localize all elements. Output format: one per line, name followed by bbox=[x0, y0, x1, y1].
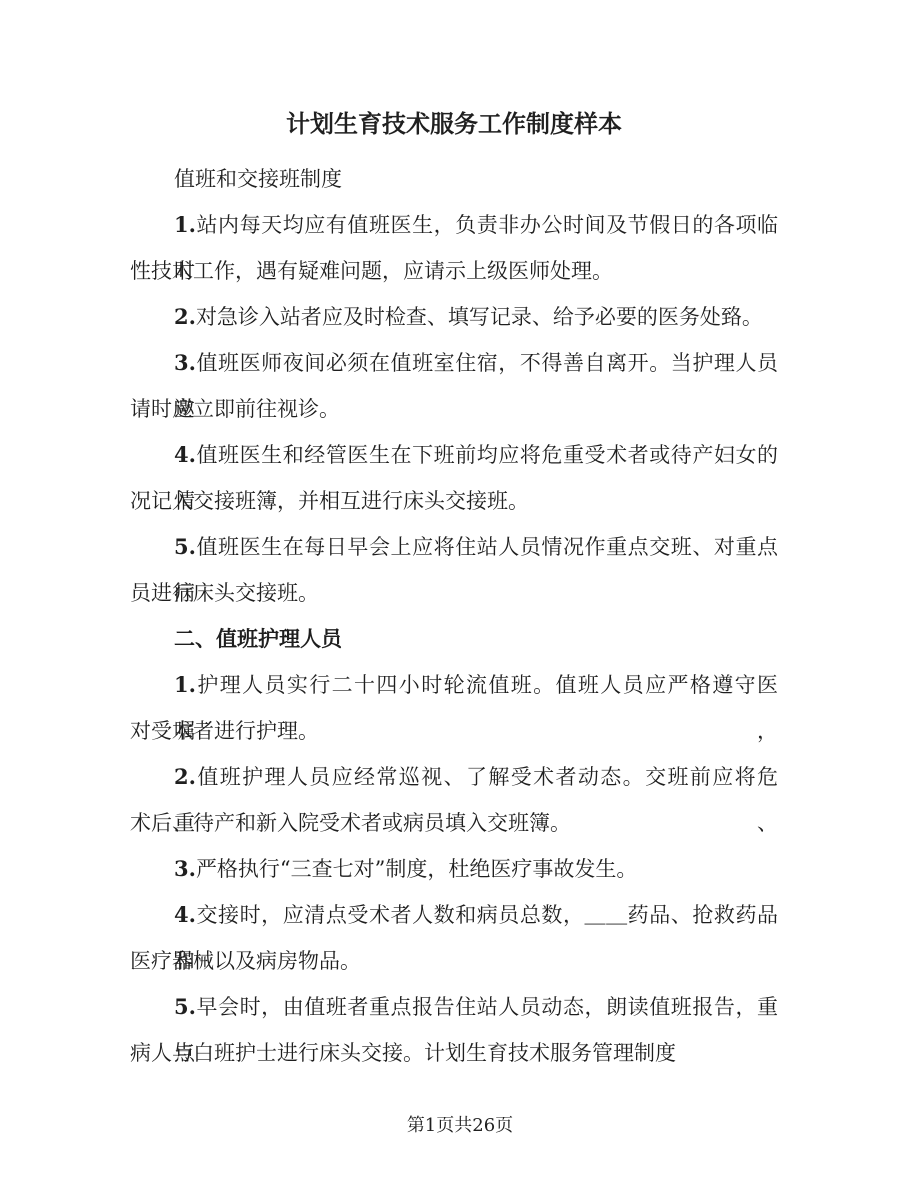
text-line: 况记入交接班簿，并相互进行床头交接班。 bbox=[130, 478, 778, 524]
text-line: 2.对急诊入站者应及时检查、填写记录、给予必要的医务处臵。 bbox=[130, 294, 778, 340]
paragraph: 5.值班医生在每日早会上应将住站人员情况作重点交班、对重点病员进行床头交接班。 bbox=[130, 524, 778, 616]
page-footer: 第1页共26页 bbox=[0, 1114, 920, 1138]
paragraph-number: 3. bbox=[174, 350, 196, 375]
paragraph: 2.值班护理人员应经常巡视、了解受术者动态。交班前应将危重、术后、待产和新入院受… bbox=[130, 754, 778, 846]
paragraph: 4.值班医生和经管医生在下班前均应将危重受术者或待产妇女的情况记入交接班簿，并相… bbox=[130, 432, 778, 524]
paragraph-number: 5. bbox=[174, 534, 196, 559]
paragraph-number: 1. bbox=[174, 672, 196, 697]
paragraph-number: 5. bbox=[174, 994, 196, 1019]
text-line: 3.严格执行“三查七对”制度，杜绝医疗事故发生。 bbox=[130, 846, 778, 892]
text-line: 1.护理人员实行二十四小时轮流值班。值班人员应严格遵守医嘱， bbox=[130, 662, 778, 708]
paragraph-number: 2. bbox=[174, 304, 196, 329]
paragraph: 二、值班护理人员 bbox=[130, 616, 778, 662]
text-line: 2.值班护理人员应经常巡视、了解受术者动态。交班前应将危重、 bbox=[130, 754, 778, 800]
paragraph: 1.站内每天均应有值班医生，负责非办公时间及节假日的各项临时性技术工作，遇有疑难… bbox=[130, 202, 778, 294]
text-line: 病人与白班护士进行床头交接。计划生育技术服务管理制度 bbox=[130, 1030, 778, 1076]
text-line: 员进行床头交接班。 bbox=[130, 570, 778, 616]
paragraph: 2.对急诊入站者应及时检查、填写记录、给予必要的医务处臵。 bbox=[130, 294, 778, 340]
paragraph-number: 2. bbox=[174, 764, 196, 789]
paragraph: 3.值班医师夜间必须在值班室住宿，不得善自离开。当护理人员邀请时应立即前往视诊。 bbox=[130, 340, 778, 432]
text-line: 4.值班医生和经管医生在下班前均应将危重受术者或待产妇女的情 bbox=[130, 432, 778, 478]
text-line: 请时应立即前往视诊。 bbox=[130, 386, 778, 432]
paragraph: 5.早会时，由值班者重点报告住站人员动态，朗读值班报告，重点病人与白班护士进行床… bbox=[130, 984, 778, 1076]
paragraph-number: 4. bbox=[174, 442, 196, 467]
text-line: 4.交接时，应清点受术者人数和病员总数，＿＿药品、抢救药品和 bbox=[130, 892, 778, 938]
document-page: 计划生育技术服务工作制度样本 值班和交接班制度1.站内每天均应有值班医生，负责非… bbox=[0, 0, 920, 1191]
text-line: 5.早会时，由值班者重点报告住站人员动态，朗读值班报告，重点 bbox=[130, 984, 778, 1030]
paragraph-number: 3. bbox=[174, 856, 196, 881]
paragraph-number: 4. bbox=[174, 902, 196, 927]
text-line: 二、值班护理人员 bbox=[130, 616, 778, 662]
text-line: 医疗器械以及病房物品。 bbox=[130, 938, 778, 984]
text-line: 值班和交接班制度 bbox=[130, 156, 778, 202]
text-line: 1.站内每天均应有值班医生，负责非办公时间及节假日的各项临时 bbox=[130, 202, 778, 248]
text-line: 性技术工作，遇有疑难问题，应请示上级医师处理。 bbox=[130, 248, 778, 294]
paragraph: 3.严格执行“三查七对”制度，杜绝医疗事故发生。 bbox=[130, 846, 778, 892]
text-line: 3.值班医师夜间必须在值班室住宿，不得善自离开。当护理人员邀 bbox=[130, 340, 778, 386]
paragraph: 4.交接时，应清点受术者人数和病员总数，＿＿药品、抢救药品和医疗器械以及病房物品… bbox=[130, 892, 778, 984]
text-line: 5.值班医生在每日早会上应将住站人员情况作重点交班、对重点病 bbox=[130, 524, 778, 570]
paragraph-number: 1. bbox=[174, 212, 196, 237]
document-content: 计划生育技术服务工作制度样本 值班和交接班制度1.站内每天均应有值班医生，负责非… bbox=[130, 0, 778, 1076]
document-title: 计划生育技术服务工作制度样本 bbox=[130, 104, 778, 144]
document-body: 值班和交接班制度1.站内每天均应有值班医生，负责非办公时间及节假日的各项临时性技… bbox=[130, 156, 778, 1076]
paragraph: 1.护理人员实行二十四小时轮流值班。值班人员应严格遵守医嘱，对受术者进行护理。 bbox=[130, 662, 778, 754]
paragraph: 值班和交接班制度 bbox=[130, 156, 778, 202]
